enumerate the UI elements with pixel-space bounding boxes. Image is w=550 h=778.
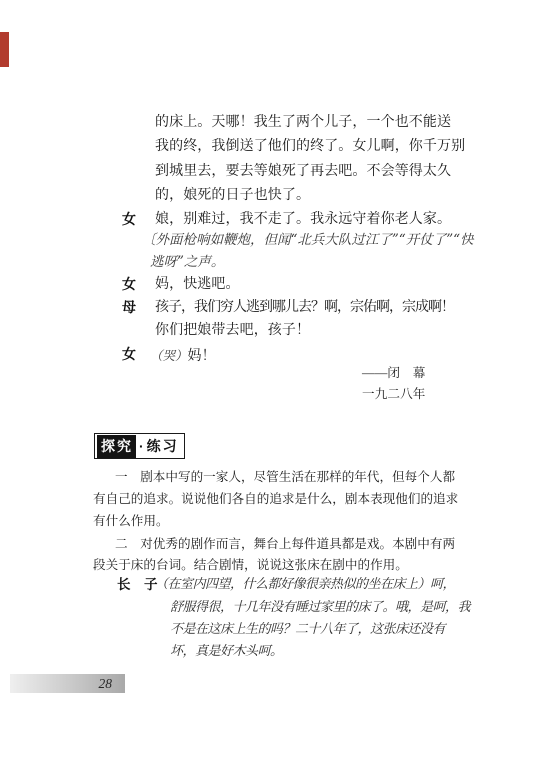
textbook-page: 的床上。天哪！我生了两个儿子，一个也不能送 我的终，我倒送了他们的终了。女儿啊，…	[0, 0, 550, 778]
exercise-header-highlight: 探究	[97, 435, 136, 458]
speaker-label: 长 子	[117, 577, 158, 593]
mother-speech-line: 的床上。天哪！我生了两个儿子，一个也不能送	[155, 114, 451, 131]
mother-speech-line: 我的终，我倒送了他们的终了。女儿啊，你千万别	[155, 138, 465, 155]
speaker-label: 女	[122, 346, 136, 363]
speaker-label: 母	[122, 299, 136, 316]
mother-speech-line: 的，娘死的日子也快了。	[155, 187, 310, 204]
question-one-line: 有自己的追求。说说他们各自的追求是什么，剧本表现他们的追求	[93, 492, 458, 507]
dialogue-line: （哭）妈！	[150, 346, 216, 366]
stage-direction-line: 逃呀”之声。	[150, 254, 224, 270]
dialogue-line: 娘，别难过，我不走了。我永远守着你老人家。	[155, 211, 451, 228]
year-note: 一九二八年	[362, 387, 425, 402]
son-passage-line: （在室内四望，什么都好像很亲热似的坐在床上）呵，	[155, 577, 455, 593]
question-one-line: 有什么作用。	[93, 514, 169, 529]
dialogue-line: 你们把娘带去吧，孩子！	[155, 322, 310, 339]
speaker-label: 女	[122, 276, 136, 293]
dialogue-text: 妈！	[188, 349, 216, 364]
exercise-header-separator: ·	[139, 438, 144, 454]
stage-note: （哭）	[150, 348, 188, 363]
son-passage-line: 坏，真是好木头呵。	[170, 644, 283, 660]
question-one-line: 一 剧本中写的一家人，尽管生活在那样的年代，但每个人都	[115, 470, 455, 485]
exercise-header: 探究 · 练习	[94, 433, 185, 459]
dialogue-line: 妈，快逃吧。	[155, 276, 240, 293]
mother-speech-line: 到城里去，要去等娘死了再去吧。不会等得太久	[155, 163, 451, 180]
unit-edge-tab	[0, 32, 9, 67]
page-number-bar: 28	[10, 674, 125, 693]
son-passage-line: 不是在这床上生的吗？二十八年了，这张床还没有	[170, 622, 445, 638]
curtain-note: ——闭 幕	[362, 366, 425, 381]
question-two-line: 二 对优秀的剧作而言，舞台上每件道具都是戏。本剧中有两	[115, 537, 455, 552]
speaker-label: 女	[122, 211, 136, 228]
son-passage-line: 舒服得很，十几年没有睡过家里的床了。哦，是呵，我	[170, 600, 470, 616]
exercise-header-rest: 练习	[147, 436, 179, 456]
question-two-line: 段关于床的台词。结合剧情，说说这张床在剧中的作用。	[93, 558, 408, 573]
dialogue-line: 孩子，我们穷人逃到哪儿去？啊，宗佑啊，宗成啊！	[155, 299, 454, 316]
stage-direction-line: 〔外面枪响如鞭炮，但闻“北兵大队过江了”“开仗了”“快	[142, 232, 474, 248]
page-number: 28	[99, 676, 113, 692]
